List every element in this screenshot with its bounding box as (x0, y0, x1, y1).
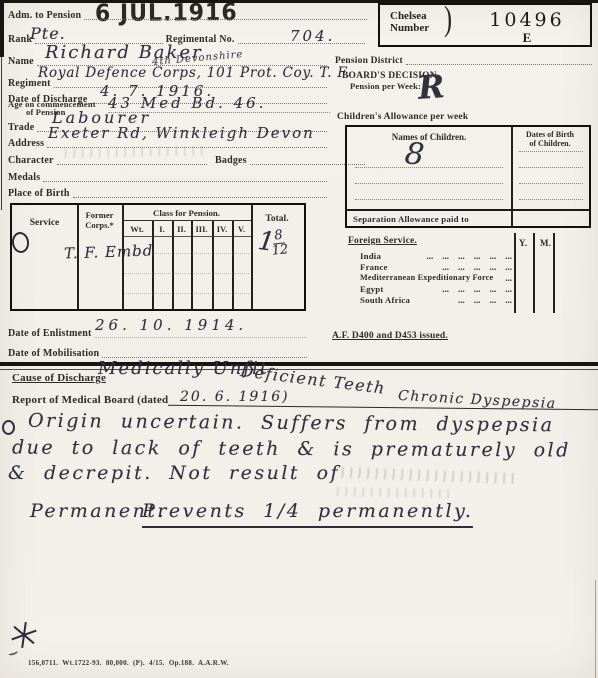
dob-row-line (519, 199, 583, 200)
address-label: Address (8, 138, 44, 149)
class-col-iii: III. (191, 224, 212, 234)
regimental-no-value: 704. (290, 27, 335, 45)
faded-writing-2 (330, 487, 455, 498)
left-edge-bar (0, 0, 4, 57)
left-edge-thin-line (1, 57, 2, 210)
children-row-line (355, 199, 503, 200)
chelsea-number-box: Chelsea Number ) 10496 E (378, 3, 592, 47)
dob-header-line1: Dates of Birth (513, 130, 587, 139)
foreign-service-row-mef: Mediterranean Expeditionary Force ... (360, 273, 512, 283)
row-label: France (360, 262, 388, 272)
medals-line (43, 180, 327, 182)
trade-label: Trade (8, 122, 34, 133)
row-dots: ... ... ... ... ... (384, 284, 513, 294)
class-col-iv: IV. (212, 224, 232, 234)
children-row-line (355, 167, 503, 168)
class-header-underline (122, 220, 251, 221)
footer-print-code: 156,0711. Wt.1722-93. 80,000. (P). 4/15.… (28, 659, 229, 667)
cause-of-discharge-label: Cause of Discharge (12, 372, 106, 384)
dob-row-line (519, 167, 583, 168)
pension-record-card: 6 JUL.1916 Adm. to Pension Chelsea Numbe… (0, 0, 598, 678)
table-line-iii-iv (212, 221, 214, 309)
faded-writing-1 (335, 467, 520, 484)
forms-issued-note: A.F. D400 and D453 issued. (332, 331, 448, 341)
adm-to-pension-line (84, 18, 367, 20)
chelsea-letter: E (472, 30, 582, 46)
foreign-service-line-1 (514, 233, 516, 313)
section-divider-thick (0, 362, 598, 366)
childrens-allowance-label: Children's Allowance per week (337, 112, 468, 122)
subheader-underline (122, 236, 251, 237)
foreign-service-line-3 (553, 233, 555, 313)
table-line-wt-i (152, 221, 154, 309)
table-line-ii-iii (191, 221, 193, 309)
rank-value: Pte. (30, 24, 66, 43)
class-col-ii: II. (172, 224, 191, 234)
class-for-pension-header: Class for Pension. (122, 208, 251, 218)
conclusion-prevents: Prevents 1/4 permanently. (142, 500, 473, 528)
foreign-service-row-india: India ... ... ... ... ... ... (360, 251, 512, 261)
medical-board-report-label: Report of Medical Board (dated (12, 394, 168, 406)
date-of-mobilisation-label: Date of Mobilisation (8, 348, 99, 359)
row-dots: ... ... ... ... ... (388, 262, 512, 272)
foreign-service-col-y: Y. (519, 238, 527, 248)
class-col-v: V. (232, 224, 251, 234)
class-col-i: I. (152, 224, 172, 234)
rank-label: Rank (8, 34, 32, 45)
table-guide-line (124, 273, 249, 274)
badges-label: Badges (215, 155, 247, 166)
foreign-service-row-egypt: Egypt ... ... ... ... ... (360, 284, 512, 294)
dob-row-line (519, 183, 583, 184)
board-decision-value: R (417, 67, 446, 107)
table-guide-line (124, 293, 249, 294)
medical-note-line3: & decrepit. Not result of (8, 462, 340, 484)
former-corps-header-line2: Corps.* (77, 221, 122, 231)
adm-to-pension-label: Adm. to Pension (8, 10, 81, 21)
margin-star-mark (10, 620, 37, 649)
foreign-service-row-france: France ... ... ... ... ... (360, 262, 512, 272)
name-label: Name (8, 56, 34, 67)
former-corps-value: T. F. Embd (64, 241, 154, 262)
names-of-children-header: Names of Children. (347, 132, 511, 142)
service-header: Service (12, 218, 77, 228)
foreign-service-row-south-africa: South Africa ... ... ... ... (360, 295, 512, 305)
character-line (57, 163, 207, 165)
total-fraction-value: 8 12 (270, 228, 289, 258)
medical-board-report-date: 20. 6. 1916) (180, 389, 290, 405)
class-col-wt: Wt. (122, 224, 152, 234)
row-label: India (360, 251, 381, 261)
dob-header-line2: of Children. (513, 139, 587, 148)
foreign-service-line-2 (533, 233, 535, 313)
foreign-service-col-m: M. (540, 238, 551, 248)
row-dots: ... ... ... ... ... ... (381, 251, 512, 261)
date-of-enlistment-value: 26. 10. 1914. (95, 316, 247, 334)
children-mark: 8 (403, 136, 426, 173)
address-value: Exeter Rd, Winkleigh Devon (48, 124, 315, 142)
place-of-birth-label: Place of Birth (8, 188, 70, 199)
pension-district-line (406, 63, 592, 65)
chelsea-label-line2: Number (390, 22, 429, 34)
pension-per-week-label: Pension per Week: (350, 81, 421, 91)
chelsea-number: 10496 (472, 9, 582, 31)
medical-note-line1: Origin uncertain. Suffers from dyspepsia (28, 410, 555, 437)
children-row-line (355, 183, 503, 184)
date-of-enlistment-label: Date of Enlistment (8, 328, 92, 339)
chelsea-brace: ) (444, 1, 452, 40)
children-box: Names of Children. Dates of Birth of Chi… (345, 125, 591, 228)
small-curl-mark (7, 649, 18, 657)
row-label: Egypt (360, 284, 384, 294)
separation-allowance-strip: Separation Allowance paid to (347, 209, 589, 226)
dob-row-line (519, 151, 583, 152)
right-edge-faint-line (595, 580, 596, 678)
table-line-i-ii (172, 221, 174, 309)
row-dots: ... (493, 273, 512, 283)
medals-label: Medals (8, 172, 40, 183)
character-label: Character (8, 155, 54, 166)
row-label: Mediterranean Expeditionary Force (360, 273, 493, 283)
separation-allowance-label: Separation Allowance paid to (353, 214, 469, 224)
row-dots: ... ... ... ... (410, 295, 512, 305)
regiment-value: Royal Defence Corps, 101 Prot. Coy. T. F… (38, 65, 351, 81)
medical-note-line2: due to lack of teeth & is prematurely ol… (12, 437, 571, 462)
place-of-birth-line (73, 196, 327, 198)
date-of-enlistment-line (95, 336, 307, 338)
service-table: Service Former Corps.* Class for Pension… (10, 203, 306, 311)
chelsea-label-line1: Chelsea (390, 10, 429, 22)
total-header: Total. (251, 214, 303, 224)
table-line-iv-v (232, 221, 234, 309)
total-fraction-denominator: 12 (271, 243, 289, 258)
row-label: South Africa (360, 295, 410, 305)
margin-o-mark (2, 420, 15, 435)
foreign-service-title: Foreign Service. (348, 236, 417, 246)
